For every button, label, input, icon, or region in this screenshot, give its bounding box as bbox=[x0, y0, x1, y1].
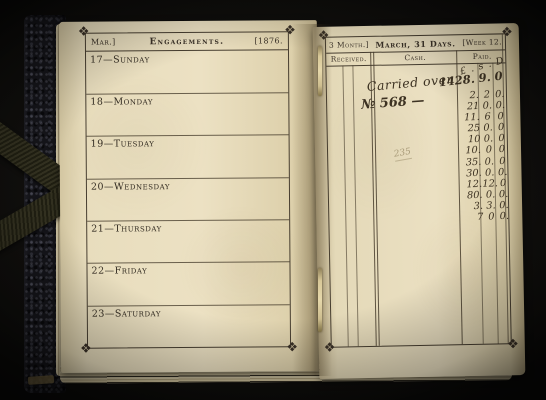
engagements-header: Mar.] Engagements. [1876. bbox=[86, 32, 288, 51]
pence-value: 0. bbox=[495, 100, 505, 111]
pounds-value: 25 bbox=[457, 123, 480, 135]
shillings-value: 2 bbox=[479, 89, 495, 101]
pence-value: 0. bbox=[495, 89, 505, 100]
memo-number-entry: № 568 — bbox=[361, 93, 425, 112]
day-row-wednesday: 20—Wednesday bbox=[87, 178, 289, 222]
day-row-thursday: 21—Thursday bbox=[87, 220, 289, 264]
day-row-monday: 18—Monday bbox=[86, 93, 288, 137]
shillings-value: 0. bbox=[480, 123, 496, 135]
pounds-value: 10 bbox=[457, 134, 480, 146]
corner-ornament-icon: ❖ bbox=[318, 30, 330, 43]
day-label: 18—Monday bbox=[90, 96, 153, 107]
pounds-value: 10. bbox=[458, 145, 481, 157]
day-row-tuesday: 19—Tuesday bbox=[87, 136, 289, 180]
received-column-header: Received. bbox=[326, 54, 371, 64]
corner-ornament-icon: ❖ bbox=[501, 26, 513, 39]
day-row-friday: 22—Friday bbox=[87, 263, 289, 307]
pence-value: 0. bbox=[498, 167, 508, 178]
pounds-value: 2. bbox=[456, 90, 479, 102]
pence-value: 0 bbox=[498, 178, 508, 189]
day-label: 20—Wednesday bbox=[91, 181, 170, 193]
cash-column-header: Cash. bbox=[374, 52, 456, 63]
pounds-value: 80. bbox=[459, 190, 482, 202]
month-number-label: 3 Month.] bbox=[329, 40, 369, 50]
day-label: 22—Friday bbox=[91, 266, 147, 277]
pence-value: 0. bbox=[499, 211, 509, 222]
day-label: 23—Saturday bbox=[92, 308, 161, 319]
diary-photo: ❖ ❖ ❖ ❖ Mar.] Engagements. [1876. 17—Sun… bbox=[0, 0, 546, 400]
shillings-value: 12. bbox=[482, 178, 498, 190]
day-row-sunday: 17—Sunday bbox=[86, 51, 288, 95]
day-label: 19—Tuesday bbox=[91, 138, 155, 149]
pence-value: 0. bbox=[499, 200, 509, 211]
shillings-value: 0. bbox=[479, 100, 495, 112]
pencil-note: 235 bbox=[393, 147, 412, 162]
right-page-border: ❖ ❖ ❖ ❖ 3 Month.] March, 31 Days. [Week … bbox=[325, 33, 512, 347]
pence-value: 0 bbox=[497, 155, 507, 166]
left-page: ❖ ❖ ❖ ❖ Mar.] Engagements. [1876. 17—Sun… bbox=[59, 20, 319, 373]
day-row-saturday: 23—Saturday bbox=[88, 305, 290, 348]
pounds-value: 11. bbox=[457, 112, 480, 124]
corner-ornament-icon: ❖ bbox=[286, 341, 298, 354]
corner-ornament-icon: ❖ bbox=[80, 343, 92, 356]
received-subcolumn-rule bbox=[352, 65, 358, 346]
pence-value: 0 bbox=[496, 133, 506, 144]
left-page-border: ❖ ❖ ❖ ❖ Mar.] Engagements. [1876. 17—Sun… bbox=[85, 31, 291, 348]
corner-ornament-icon: ❖ bbox=[507, 338, 519, 351]
pence-value: 0 bbox=[496, 122, 506, 133]
month-label: Mar.] bbox=[91, 38, 116, 47]
shillings-value: 6 bbox=[480, 111, 496, 123]
shillings-value: 0 bbox=[483, 211, 499, 223]
shillings-value: 0. bbox=[480, 134, 496, 146]
paid-amounts-list: 2.20. 210.0. 11.60 250.0 100.0 10.00 bbox=[456, 89, 510, 224]
day-label: 21—Thursday bbox=[91, 223, 162, 234]
corner-ornament-icon: ❖ bbox=[284, 24, 296, 37]
paid-amount-row: 700. bbox=[460, 211, 509, 224]
year-label: [1876. bbox=[254, 36, 282, 45]
pounds-value: 7 bbox=[460, 212, 483, 224]
pence-value: 0 bbox=[496, 111, 506, 122]
pounds-value: 21 bbox=[456, 101, 479, 113]
received-subcolumn-rule bbox=[342, 65, 348, 346]
pounds-value: 35. bbox=[458, 156, 481, 168]
shillings-value: 0. bbox=[482, 167, 498, 179]
day-label: 17—Sunday bbox=[90, 54, 150, 65]
week-label: [Week 12. bbox=[462, 37, 502, 47]
right-page: ❖ ❖ ❖ ❖ 3 Month.] March, 31 Days. [Week … bbox=[313, 23, 526, 379]
shillings-value: 0 bbox=[481, 145, 497, 157]
shillings-value: 0. bbox=[481, 156, 497, 168]
pence-value: 0 bbox=[497, 144, 507, 155]
corner-ornament-icon: ❖ bbox=[324, 342, 336, 355]
pounds-value: 12. bbox=[459, 179, 482, 191]
corner-ornament-icon: ❖ bbox=[78, 26, 90, 39]
pence-value: 0. bbox=[498, 189, 508, 200]
day-rows: 17—Sunday 18—Monday 19—Tuesday 20—Wednes… bbox=[86, 51, 290, 348]
shillings-value: 0. bbox=[482, 189, 498, 201]
pounds-value: 3. bbox=[460, 201, 483, 213]
shillings-value: 3. bbox=[483, 200, 499, 212]
pounds-value: 30. bbox=[459, 167, 482, 179]
